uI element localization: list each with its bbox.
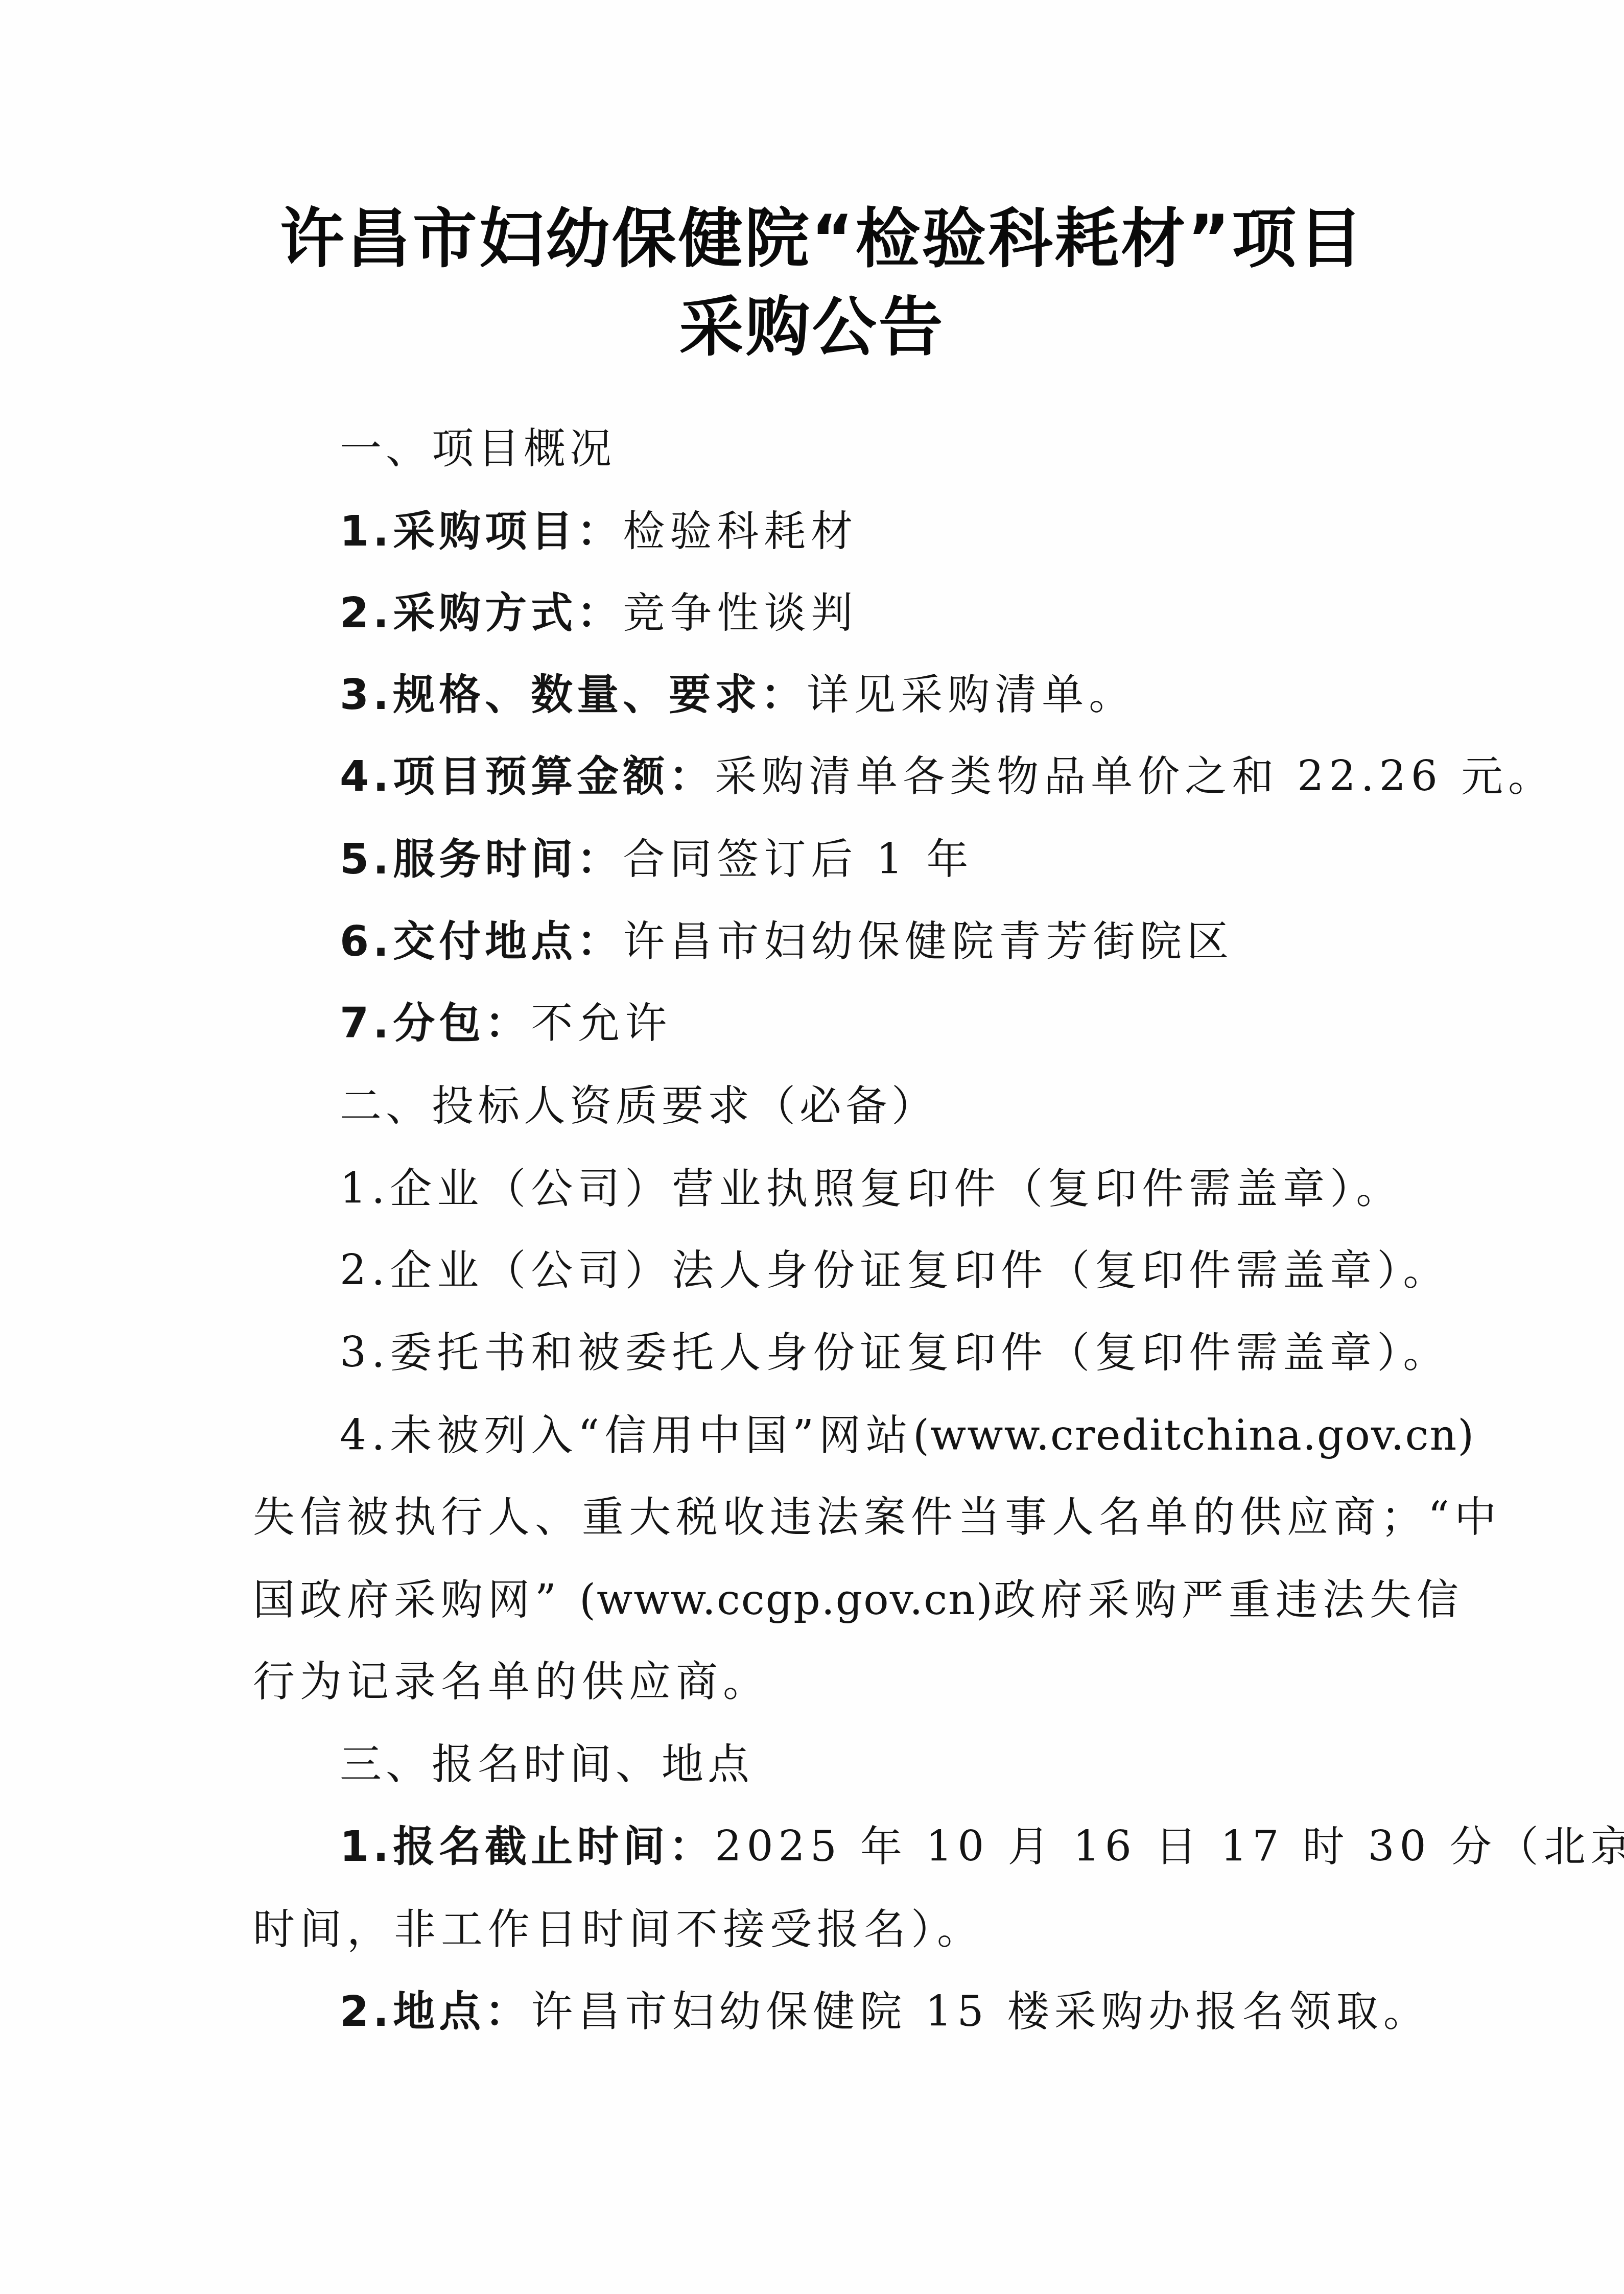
registration-deadline-continuation: 时间，非工作日时间不接受报名）。: [253, 1909, 984, 1951]
creditchina-url: (www.creditchina.gov.cn): [913, 1411, 1475, 1460]
item-specifications: 3.规格、数量、要求：详见采购清单。: [340, 674, 1136, 716]
item-label: 3.规格、数量、要求：: [340, 671, 807, 719]
qualification-item-1: 1.企业（公司）营业执照复印件（复印件需盖章）。: [340, 1168, 1403, 1210]
item-value: 2025 年 10 月 16 日 17 时 30 分（北京: [715, 1823, 1624, 1871]
item-value: 竞争性谈判: [623, 589, 858, 637]
qualification-item-2: 2.企业（公司）法人身份证复印件（复印件需盖章）。: [340, 1250, 1450, 1292]
item-value: 许昌市妇幼保健院青芳街院区: [623, 917, 1234, 966]
item-label: 5.服务时间：: [340, 835, 623, 884]
item-value: 详见采购清单。: [807, 671, 1136, 719]
item-budget: 4.项目预算金额：采购清单各类物品单价之和 22.26 元。: [340, 756, 1555, 798]
qualification-text: 4.未被列入“信用中国”网站: [340, 1411, 913, 1460]
item-value: 检验科耗材: [623, 507, 858, 556]
qualification-item-4-line1: 4.未被列入“信用中国”网站(www.creditchina.gov.cn): [340, 1415, 1475, 1457]
section-heading-qualifications: 二、投标人资质要求（必备）: [340, 1085, 937, 1127]
item-label: 6.交付地点：: [340, 917, 623, 966]
document-page: 许昌市妇幼保健院“检验科耗材”项目 采购公告 一、项目概况 1.采购项目：检验科…: [0, 0, 1624, 2294]
document-title-line2: 采购公告: [0, 295, 1624, 360]
item-label: 2.采购方式：: [340, 589, 623, 637]
item-label: 1.报名截止时间：: [340, 1823, 715, 1871]
item-label: 4.项目预算金额：: [340, 752, 715, 801]
item-procurement-project: 1.采购项目：检验科耗材: [340, 511, 858, 553]
qualification-text: 政府采购严重违法失信: [994, 1576, 1464, 1624]
qualification-item-4-line3: 国政府采购网” (www.ccgp.gov.cn)政府采购严重违法失信: [253, 1579, 1464, 1621]
registration-location: 2.地点：许昌市妇幼保健院 15 楼采购办报名领取。: [340, 1991, 1430, 2033]
qualification-item-4-line2: 失信被执行人、重大税收违法案件当事人名单的供应商；“中: [253, 1497, 1501, 1539]
ccgp-url: (www.ccgp.gov.cn): [579, 1576, 994, 1624]
item-value: 不允许: [531, 999, 672, 1048]
section-heading-overview: 一、项目概况: [340, 428, 616, 470]
qualification-item-4-line4: 行为记录名单的供应商。: [253, 1661, 770, 1703]
qualification-text: 国政府采购网”: [253, 1576, 561, 1624]
item-service-time: 5.服务时间：合同签订后 1 年: [340, 839, 974, 881]
item-procurement-method: 2.采购方式：竞争性谈判: [340, 593, 858, 634]
qualification-item-3: 3.委托书和被委托人身份证复印件（复印件需盖章）。: [340, 1332, 1450, 1374]
item-value: 采购清单各类物品单价之和 22.26 元。: [715, 752, 1555, 801]
item-delivery-location: 6.交付地点：许昌市妇幼保健院青芳街院区: [340, 921, 1234, 963]
item-value: 许昌市妇幼保健院 15 楼采购办报名领取。: [531, 1988, 1430, 2036]
document-title-line1: 许昌市妇幼保健院“检验科耗材”项目: [10, 207, 1624, 271]
item-label: 2.地点：: [340, 1988, 531, 2036]
item-label: 7.分包：: [340, 999, 531, 1048]
item-subcontracting: 7.分包：不允许: [340, 1003, 672, 1045]
item-label: 1.采购项目：: [340, 507, 623, 556]
section-heading-registration: 三、报名时间、地点: [340, 1744, 754, 1786]
item-value: 合同签订后 1 年: [623, 835, 973, 884]
registration-deadline: 1.报名截止时间：2025 年 10 月 16 日 17 时 30 分（北京: [340, 1826, 1624, 1868]
